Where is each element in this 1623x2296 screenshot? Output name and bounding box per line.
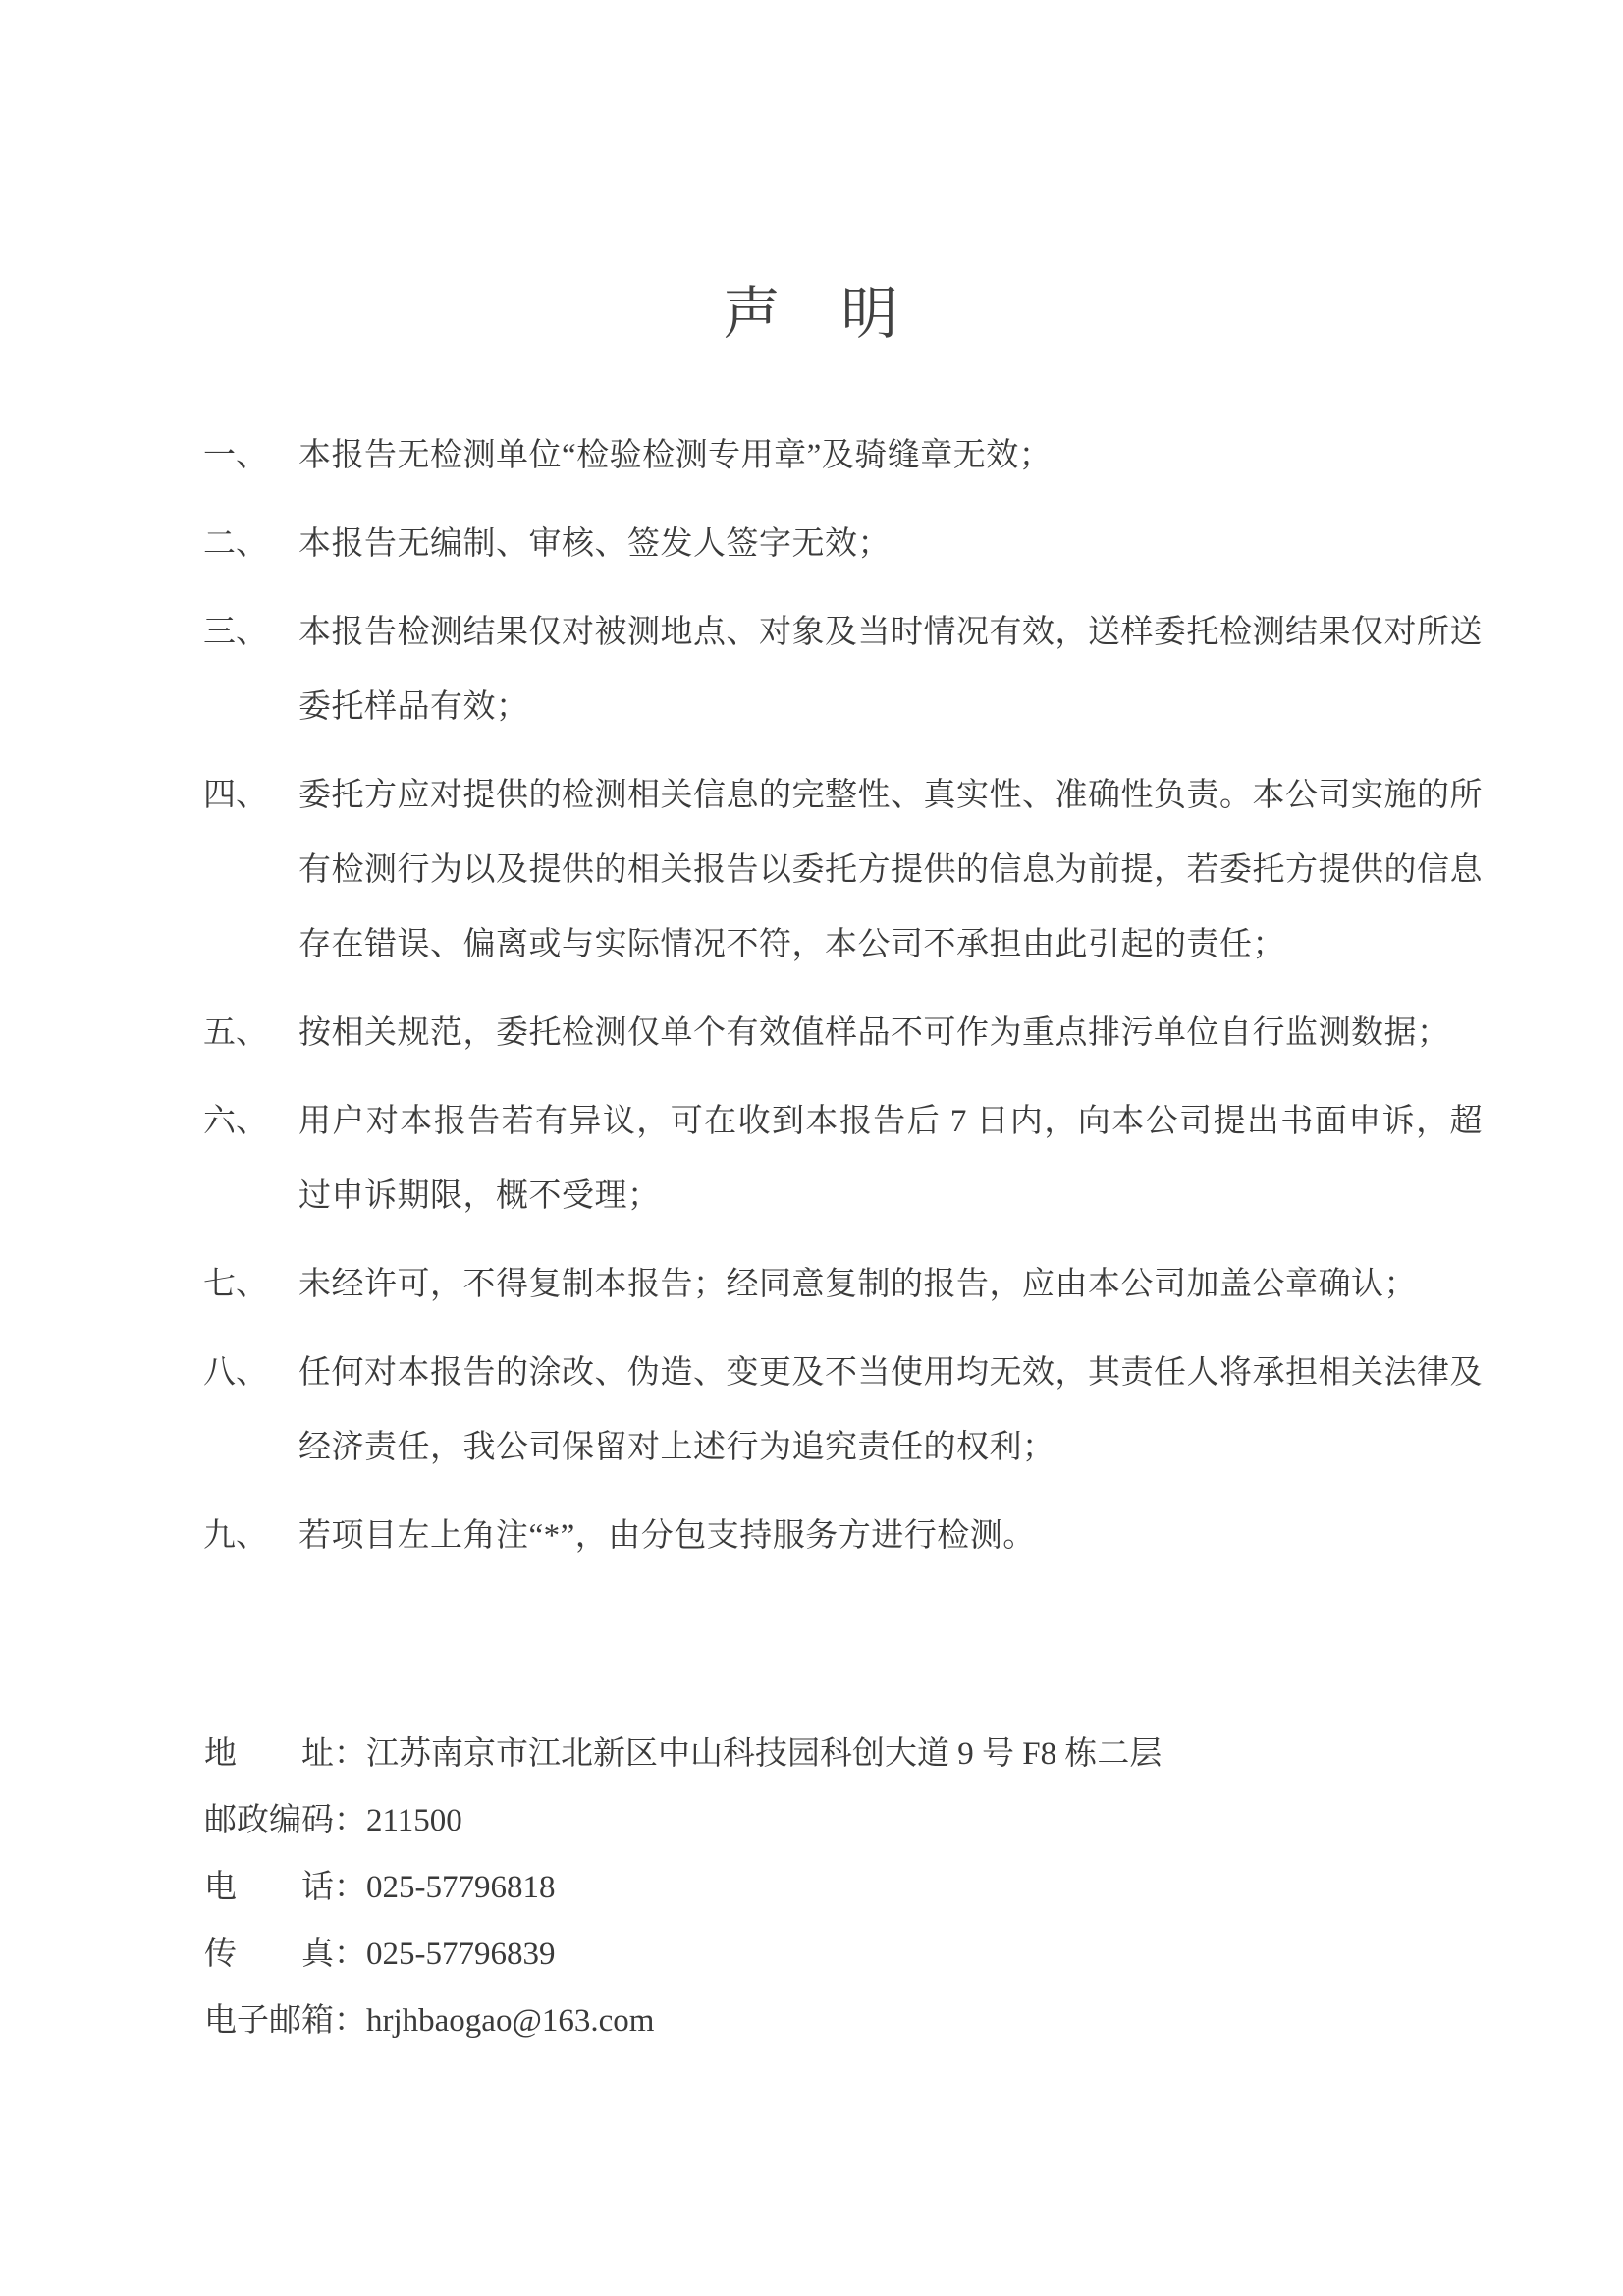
statement-item-2: 二、 本报告无编制、审核、签发人签字无效； <box>203 507 1483 581</box>
address-label: 地 址： <box>204 1736 366 1772</box>
postal-code-label: 邮政编码： <box>204 1803 366 1838</box>
contact-row-email: 电子邮箱：hrjhbaogao@163.com <box>204 1988 1162 2054</box>
statement-item-9: 九、 若项目左上角注“*”，由分包支持服务方进行检测。 <box>203 1499 1483 1573</box>
statement-text: 按相关规范，委托检测仅单个有效值样品不可作为重点排污单位自行监测数据； <box>298 996 1483 1070</box>
statement-text: 本报告无编制、审核、签发人签字无效； <box>298 507 1483 581</box>
statement-item-4: 四、 委托方应对提供的检测相关信息的完整性、真实性、准确性负责。本公司实施的所有… <box>203 758 1483 982</box>
statement-number: 四、 <box>203 758 298 833</box>
statement-item-5: 五、 按相关规范，委托检测仅单个有效值样品不可作为重点排污单位自行监测数据； <box>203 996 1483 1070</box>
statement-text: 委托方应对提供的检测相关信息的完整性、真实性、准确性负责。本公司实施的所有检测行… <box>298 758 1483 982</box>
statement-text: 若项目左上角注“*”，由分包支持服务方进行检测。 <box>298 1499 1483 1573</box>
statement-text: 本报告检测结果仅对被测地点、对象及当时情况有效，送样委托检测结果仅对所送委托样品… <box>298 595 1483 744</box>
contact-row-postal-code: 邮政编码：211500 <box>204 1787 1162 1854</box>
statement-item-8: 八、 任何对本报告的涂改、伪造、变更及不当使用均无效，其责任人将承担相关法律及经… <box>203 1336 1483 1485</box>
contact-row-phone: 电 话：025-57796818 <box>204 1854 1162 1921</box>
fax-label: 传 真： <box>204 1937 366 1972</box>
email-label: 电子邮箱： <box>204 2003 366 2039</box>
statement-number: 七、 <box>203 1247 298 1322</box>
phone-value: 025-57796818 <box>366 1870 556 1905</box>
statement-item-6: 六、 用户对本报告若有异议，可在收到本报告后 7 日内，向本公司提出书面申诉，超… <box>203 1084 1483 1233</box>
statement-text: 未经许可，不得复制本报告；经同意复制的报告，应由本公司加盖公章确认； <box>298 1247 1483 1322</box>
statement-list: 一、 本报告无检测单位“检验检测专用章”及骑缝章无效； 二、 本报告无编制、审核… <box>203 418 1483 1573</box>
statement-number: 六、 <box>203 1084 298 1159</box>
page-title: 声 明 <box>0 0 1623 350</box>
statement-number: 九、 <box>203 1499 298 1573</box>
postal-code-value: 211500 <box>366 1803 462 1838</box>
document-page: 声 明 一、 本报告无检测单位“检验检测专用章”及骑缝章无效； 二、 本报告无编… <box>0 0 1623 2296</box>
statement-number: 一、 <box>203 418 298 493</box>
statement-text: 用户对本报告若有异议，可在收到本报告后 7 日内，向本公司提出书面申诉，超过申诉… <box>298 1084 1483 1233</box>
contact-info: 地 址：江苏南京市江北新区中山科技园科创大道 9 号 F8 栋二层 邮政编码：2… <box>204 1721 1162 2054</box>
statement-number: 二、 <box>203 507 298 581</box>
contact-row-address: 地 址：江苏南京市江北新区中山科技园科创大道 9 号 F8 栋二层 <box>204 1721 1162 1787</box>
contact-row-fax: 传 真：025-57796839 <box>204 1921 1162 1988</box>
statement-text: 本报告无检测单位“检验检测专用章”及骑缝章无效； <box>298 418 1483 493</box>
email-value: hrjhbaogao@163.com <box>366 2003 654 2039</box>
statement-text: 任何对本报告的涂改、伪造、变更及不当使用均无效，其责任人将承担相关法律及经济责任… <box>298 1336 1483 1485</box>
statement-number: 五、 <box>203 996 298 1070</box>
statement-item-1: 一、 本报告无检测单位“检验检测专用章”及骑缝章无效； <box>203 418 1483 493</box>
address-value: 江苏南京市江北新区中山科技园科创大道 9 号 F8 栋二层 <box>366 1736 1162 1772</box>
statement-item-3: 三、 本报告检测结果仅对被测地点、对象及当时情况有效，送样委托检测结果仅对所送委… <box>203 595 1483 744</box>
statement-item-7: 七、 未经许可，不得复制本报告；经同意复制的报告，应由本公司加盖公章确认； <box>203 1247 1483 1322</box>
statement-number: 三、 <box>203 595 298 670</box>
fax-value: 025-57796839 <box>366 1937 556 1972</box>
statement-number: 八、 <box>203 1336 298 1410</box>
phone-label: 电 话： <box>204 1870 366 1905</box>
